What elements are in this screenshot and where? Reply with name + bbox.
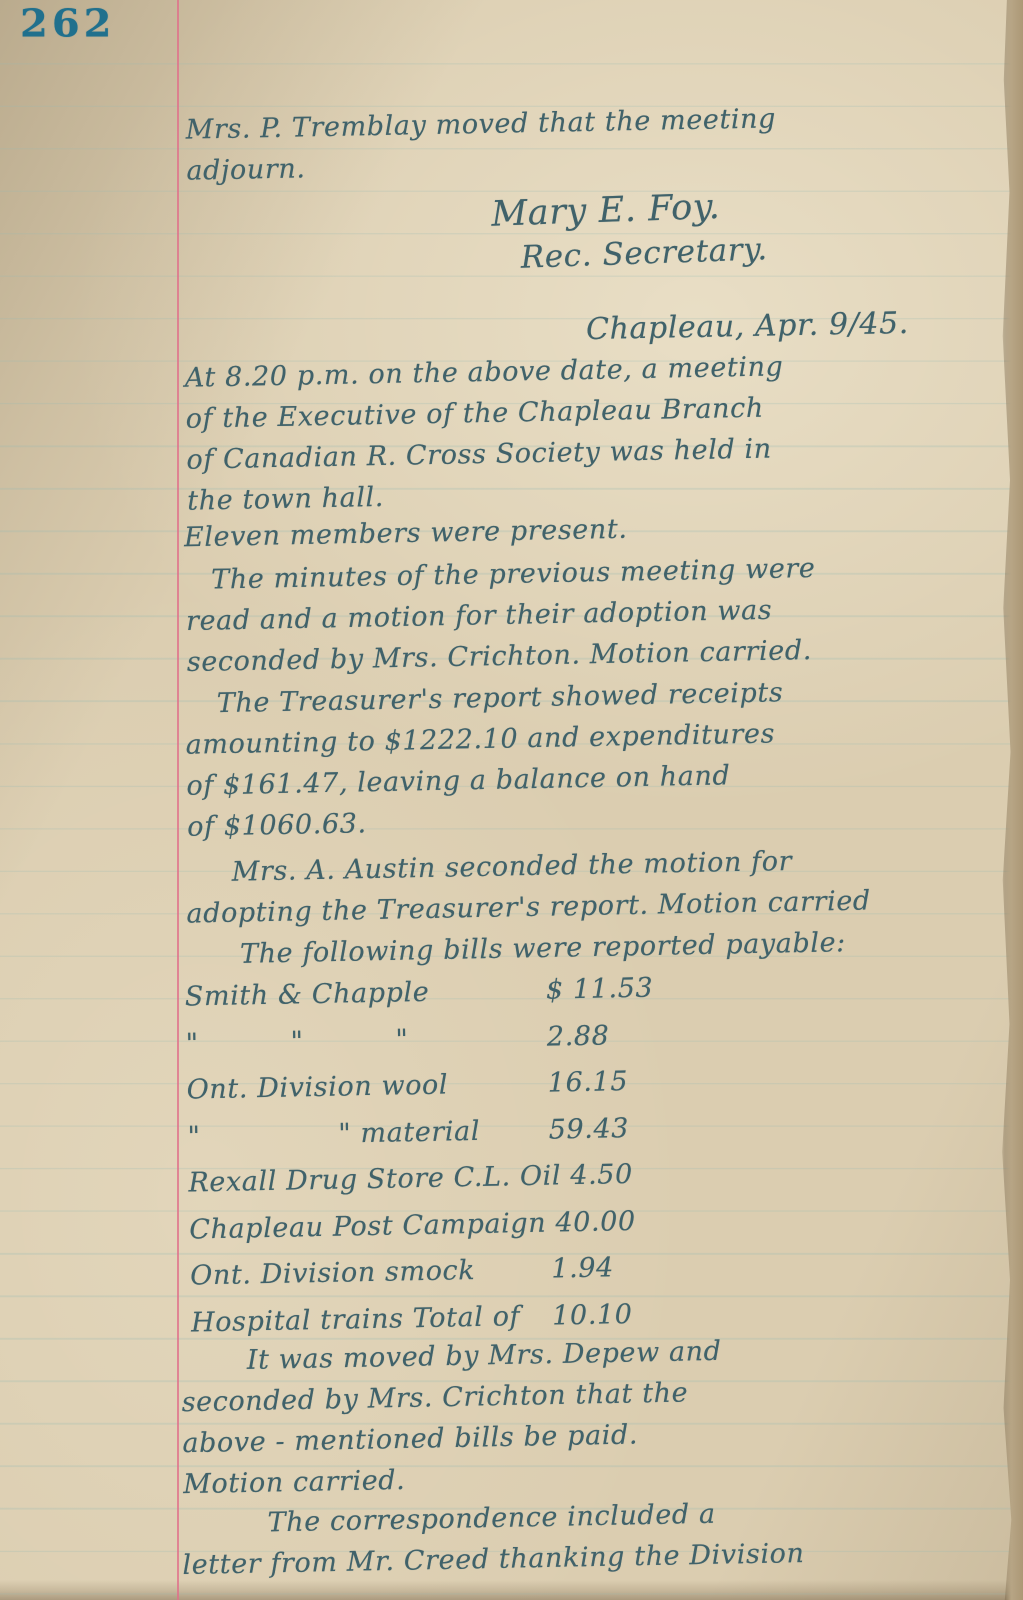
bill-amount: 10.10 [552,1293,633,1336]
bill-payee: Chapleau Post Campaign [189,1202,547,1250]
bill-payee: Ont. Division wool [186,1063,539,1111]
minutes-adoption-paragraph: The minutes of the previous meeting were… [185,548,818,683]
bill-amount: 59.43 [548,1108,629,1151]
payment-motion-paragraph: It was moved by Mrs. Depew and seconded … [180,1331,724,1505]
page-number: 262 [20,1,116,46]
correspondence-paragraph: The correspondence included a letter fro… [181,1492,805,1586]
bill-payee: Ont. Division smock [190,1249,543,1297]
bill-payee: " " material [187,1109,540,1157]
bill-payee: Rexall Drug Store C.L. Oil [188,1155,561,1203]
bill-amount: $ 11.53 [546,968,654,1011]
treasurer-report-paragraph: The Treasurer's report showed receipts a… [184,672,786,847]
margin-line [177,0,179,1600]
dateline: Chapleau, Apr. 9/45. [586,303,910,350]
bills-list: Smith & Chapple $ 11.53 " " " 2.88 Ont. … [184,968,660,1349]
bill-amount: 16.15 [547,1061,628,1104]
bill-amount: 1.94 [551,1247,614,1289]
meeting-opening-paragraph: At 8.20 p.m. on the above date, a meetin… [184,346,786,521]
adjournment-paragraph: Mrs. P. Tremblay moved that the meeting … [185,98,777,191]
bill-amount: 2.88 [546,1015,609,1057]
treasurer-adoption-paragraph: Mrs. A. Austin seconded the motion for a… [185,839,871,934]
bill-amount: 40.00 [555,1200,636,1243]
bill-payee: Smith & Chapple [184,970,537,1018]
signature-block: Mary E. Foy. Rec. Secretary. [491,183,769,281]
minute-book-page: 262 Mrs. P. Tremblay moved that the meet… [0,0,1023,1600]
bill-payee: " " " [185,1016,538,1064]
attendance-line: Eleven members were present. [184,509,628,559]
bill-amount: 4.50 [570,1154,633,1196]
